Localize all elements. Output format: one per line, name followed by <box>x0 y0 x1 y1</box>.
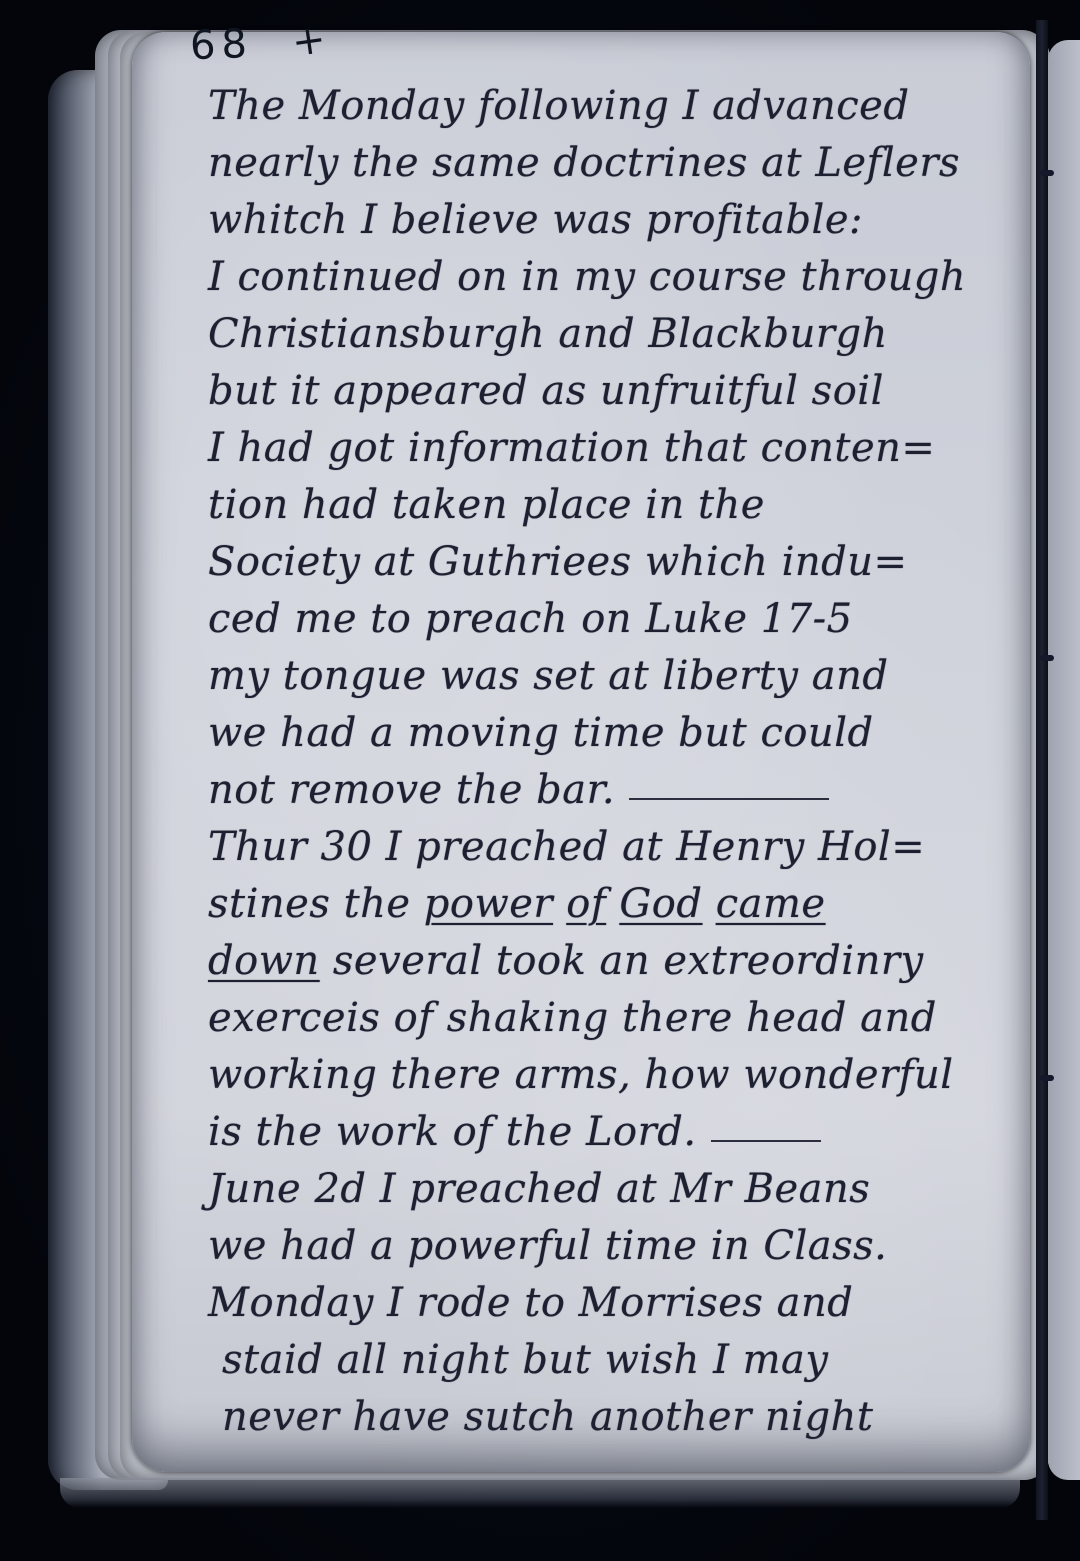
line-text: whitch I believe was profitable: <box>208 197 863 243</box>
text-line: tion had taken place in the <box>208 477 1028 534</box>
text-line: not remove the bar. <box>208 762 1028 819</box>
line-text: we had a moving time but could <box>208 710 874 756</box>
text-line: we had a moving time but could <box>208 705 1028 762</box>
page-number: 68 <box>189 21 253 69</box>
text-line: staid all night but wish I may <box>208 1332 1028 1389</box>
underlined-word: down <box>208 938 320 984</box>
text-line: is the work of the Lord. <box>208 1104 1028 1161</box>
line-text: nearly the same doctrines at Leflers <box>208 140 960 186</box>
facing-page-edge <box>1048 40 1080 1480</box>
binding-gutter <box>1036 20 1048 1520</box>
text-line: whitch I believe was profitable: <box>208 192 1028 249</box>
line-text: I continued on in my course through <box>208 254 966 300</box>
line-text: Society at Guthriees which indu= <box>208 539 908 585</box>
text-line: June 2d I preached at Mr Beans <box>208 1161 1028 1218</box>
text-line: Monday I rode to Morrises and <box>208 1275 1028 1332</box>
line-text: my tongue was set at liberty and <box>208 653 888 699</box>
text-line: ced me to preach on Luke 17-5 <box>208 591 1028 648</box>
line-text: stines the <box>208 881 424 927</box>
underlined-word: of <box>566 881 606 927</box>
binding-thread-mark <box>1040 170 1054 176</box>
text-line: Christiansburgh and Blackburgh <box>208 306 1028 363</box>
line-text: not remove the bar. <box>208 767 615 813</box>
underlined-word: God <box>619 881 702 927</box>
text-line: nearly the same doctrines at Leflers <box>208 135 1028 192</box>
line-text <box>702 881 715 927</box>
text-line: never have sutch another night <box>208 1389 1028 1446</box>
line-text <box>553 881 566 927</box>
line-text: we had a powerful time in Class. <box>208 1223 887 1269</box>
line-text: several took an extreordinry <box>320 938 924 984</box>
underlined-word: came <box>716 881 826 927</box>
line-text: staid all night but wish I may <box>222 1337 829 1383</box>
text-line: stines the power of God came <box>208 876 1028 933</box>
line-text: June 2d I preached at Mr Beans <box>208 1166 870 1212</box>
photograph-scene: 68 + The Monday following I advanced nea… <box>0 0 1080 1561</box>
text-line: Society at Guthriees which indu= <box>208 534 1028 591</box>
handwritten-text: The Monday following I advanced nearly t… <box>208 78 1028 1446</box>
line-text <box>606 881 619 927</box>
line-text: never have sutch another night <box>222 1394 873 1440</box>
text-line: down several took an extreordinry <box>208 933 1028 990</box>
line-text: I had got information that conten= <box>208 425 935 471</box>
binding-thread-mark <box>1040 1075 1054 1081</box>
line-text: Christiansburgh and Blackburgh <box>208 311 888 357</box>
line-text: ced me to preach on Luke 17-5 <box>208 596 853 642</box>
section-divider-rule <box>629 798 829 800</box>
text-line: exerceis of shaking there head and <box>208 990 1028 1047</box>
line-text: tion had taken place in the <box>208 482 765 528</box>
line-text: exerceis of shaking there head and <box>208 995 937 1041</box>
text-line: we had a powerful time in Class. <box>208 1218 1028 1275</box>
text-line: working there arms, how wonderful <box>208 1047 1028 1104</box>
line-text: working there arms, how wonderful <box>208 1052 954 1098</box>
page-bottom-edge <box>60 1478 1020 1508</box>
text-line: I continued on in my course through <box>208 249 1028 306</box>
line-text: The Monday following I advanced <box>208 83 909 129</box>
text-line: but it appeared as unfruitful soil <box>208 363 1028 420</box>
text-line: I had got information that conten= <box>208 420 1028 477</box>
page-mark: + <box>289 16 329 66</box>
underlined-word: power <box>424 881 553 927</box>
line-text: Monday I rode to Morrises and <box>208 1280 853 1326</box>
line-text: but it appeared as unfruitful soil <box>208 368 884 414</box>
section-divider-rule <box>711 1140 821 1142</box>
line-text: Thur 30 I preached at Henry Hol= <box>208 824 925 870</box>
line-text: is the work of the Lord. <box>208 1109 697 1155</box>
text-line: The Monday following I advanced <box>208 78 1028 135</box>
text-line: my tongue was set at liberty and <box>208 648 1028 705</box>
text-line: Thur 30 I preached at Henry Hol= <box>208 819 1028 876</box>
binding-thread-mark <box>1040 655 1054 661</box>
